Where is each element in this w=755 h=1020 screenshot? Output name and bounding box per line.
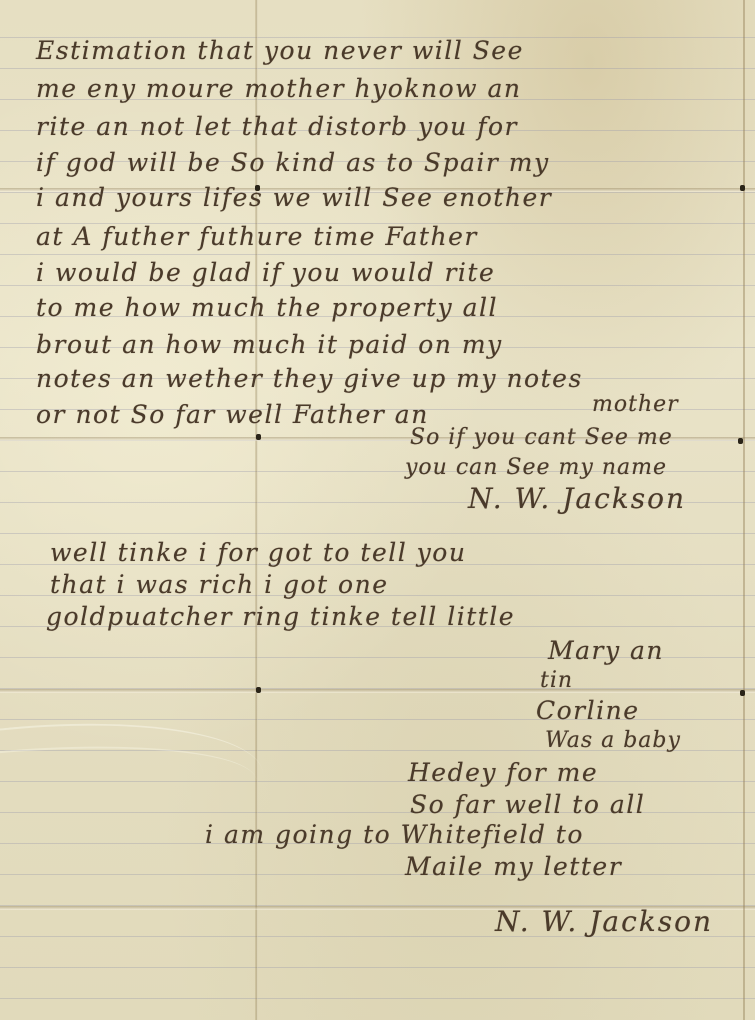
letter-line: i am going to Whitefield to xyxy=(205,820,584,849)
page-edge xyxy=(743,0,745,1020)
letter-line: well tinke i for got to tell you xyxy=(50,538,466,567)
letter-line: mother xyxy=(592,392,679,417)
signature: N. W. Jackson xyxy=(495,905,713,938)
postscript-line: So if you cant See me xyxy=(410,425,673,450)
letter-line: goldpuatcher ring tinke tell little xyxy=(46,602,515,631)
signature: N. W. Jackson xyxy=(468,482,686,515)
fold-pinhole xyxy=(740,690,745,696)
letter-line: i would be glad if you would rite xyxy=(36,258,495,287)
letter-line: Maile my letter xyxy=(405,852,622,881)
letter-line: if god will be So kind as to Spair my xyxy=(36,148,550,177)
letter-line: Hedey for me xyxy=(408,758,598,787)
letter-line: Mary an xyxy=(548,636,664,665)
letter-line: tin xyxy=(540,668,573,693)
letter-line: rite an not let that distorb you for xyxy=(36,112,518,141)
letter-line: at A futher futhure time Father xyxy=(36,222,478,251)
letter-line: Was a baby xyxy=(545,728,681,753)
fold-pinhole xyxy=(740,185,745,191)
postscript-line: you can See my name xyxy=(405,455,667,480)
fold-pinhole xyxy=(256,434,261,440)
fold-pinhole xyxy=(256,687,261,693)
letter-line: Estimation that you never will See xyxy=(36,36,524,65)
letter-line: i and yours lifes we will See enother xyxy=(36,183,552,212)
letter-line: me eny moure mother hyoknow an xyxy=(36,74,522,103)
letter-page: Estimation that you never will See me en… xyxy=(0,0,755,1020)
letter-line: that i was rich i got one xyxy=(50,570,389,599)
letter-line: or not So far well Father an xyxy=(36,400,429,429)
fold-pinhole xyxy=(738,438,743,444)
letter-line: to me how much the property all xyxy=(36,293,498,322)
horizontal-fold xyxy=(0,689,755,693)
letter-line: brout an how much it paid on my xyxy=(36,330,503,359)
letter-line: Corline xyxy=(536,696,640,725)
letter-line: notes an wether they give up my notes xyxy=(36,364,583,393)
letter-line: So far well to all xyxy=(410,790,645,819)
